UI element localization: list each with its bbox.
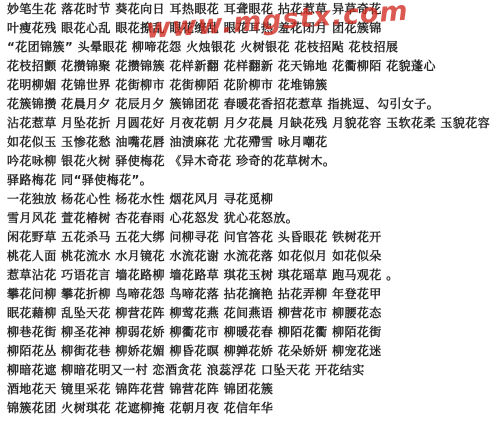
text-line: 妙笔生花 落花时节 葵花向日 耳热眼花 耳聋眼花 拈花惹草 异草奇花 [7,0,500,19]
text-line: 如花似玉 玉惨花愁 油嘴花唇 油渍麻花 尤花殢雪 咏月嘲花 [7,133,500,152]
text-line: 驿路梅花 同“驿使梅花”。 [7,171,500,190]
text-line: 花明柳媚 花锦世界 花街柳市 花街柳陌 花阶柳市 花堆锦簇 [7,76,500,95]
text-line: 花簇锦攒 花晨月夕 花辰月夕 簇锦团花 春暖花香招花惹草 指挑逗、勾引女子。 [7,95,500,114]
idiom-list-page: 妙笔生花 落花时节 葵花向日 耳热眼花 耳聋眼花 拈花惹草 异草奇花 叶瘦花残 … [0,0,500,421]
text-line: “花团锦簇” 头晕眼花 柳啼花怨 火烛银花 火树银花 花枝招飐 花枝招展 [7,38,500,57]
text-line: 惹草沾花 巧语花言 墙花路柳 墙花路草 琪花玉树 琪花瑶草 跑马观花 。 [7,266,500,285]
text-line: 锦簇花团 火树琪花 花遮柳掩 花朝月夜 花信年华 [7,399,500,418]
text-line: 攀花问柳 攀花折柳 鸟啼花怨 鸟啼花落 拈花摘艳 拈花弄柳 年登花甲 [7,285,500,304]
text-line: 吟花咏柳 银花火树 驿使梅花 《异木奇花 珍奇的花草树木。 [7,152,500,171]
text-line: 柳暗花遮 柳暗花明又一村 恋酒贪花 浪蕊浮花 口坠天花 开花结实 [7,361,500,380]
text-line: 沾花惹草 月坠花折 月圆花好 月夜花朝 月夕花晨 月缺花残 月貌花容 玉软花柔 … [7,114,500,133]
text-line: 花枝招颤 花攒锦聚 花攒锦簇 花样新翻 花样翻新 花天锦地 花衢柳陌 花貌蓬心 [7,57,500,76]
text-line: 闲花野草 五花杀马 五花大绑 问柳寻花 问官答花 头昏眼花 铁树花开 [7,228,500,247]
text-line: 眠花藉柳 乱坠天花 柳营花阵 柳莺花燕 花间燕语 柳营花市 柳腰花态 [7,304,500,323]
text-line: 一花独放 杨花心性 杨花水性 烟花风月 寻花觅柳 [7,190,500,209]
text-line: 酒地花天 镜里采花 锦阵花营 锦营花阵 锦团花簇 [7,380,500,399]
text-line: 桃花人面 桃花流水 水月镜花 水流花谢 水流花落 如花似月 如花似朵 [7,247,500,266]
text-line: 雪月风花 萱花椿树 杏花春雨 心花怒发 犹心花怒放。 [7,209,500,228]
idiom-text-block: 妙笔生花 落花时节 葵花向日 耳热眼花 耳聋眼花 拈花惹草 异草奇花 叶瘦花残 … [7,0,500,418]
text-line: 叶瘦花残 眼花心乱 眼花撩乱 眼花缭乱 眼花耳热 羞花闭月 团花簇锦 [7,19,500,38]
text-line: 柳陌花丛 柳街花巷 柳娇花媚 柳昏花暝 柳亸花娇 花朵娇妍 柳宠花迷 [7,342,500,361]
text-line: 柳巷花街 柳圣花神 柳弱花娇 柳衢花市 柳暖花春 柳陌花衢 柳陌花街 [7,323,500,342]
